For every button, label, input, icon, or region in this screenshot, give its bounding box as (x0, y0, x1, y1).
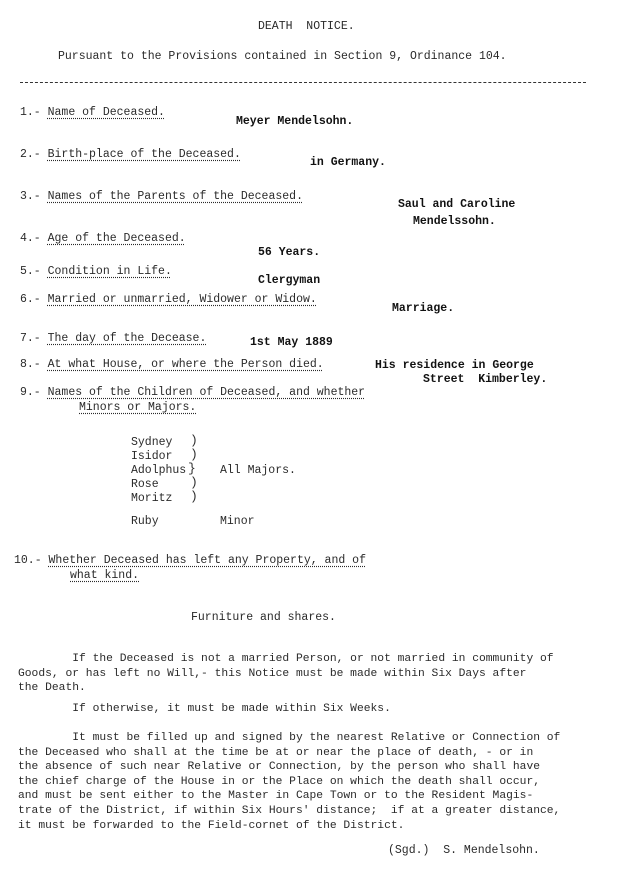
question-number: 10.- (14, 554, 42, 567)
child-name: Isidor (131, 450, 172, 464)
instruction-paragraph-1: If the Deceased is not a married Person,… (18, 652, 618, 696)
question-number: 7.- (20, 332, 41, 345)
question-number: 1.- (20, 106, 41, 119)
question-label: Whether Deceased has left any Property, … (49, 554, 366, 567)
question-label: Names of the Parents of the Deceased. (48, 190, 303, 203)
question-label: Birth-place of the Deceased. (48, 148, 241, 161)
answer-5: Clergyman (258, 274, 320, 288)
question-10: 10.- Whether Deceased has left any Prope… (14, 554, 366, 568)
question-8: 8.- At what House, or where the Person d… (20, 358, 324, 372)
question-number: 9.- (20, 386, 41, 399)
answer-6: Marriage. (392, 302, 454, 316)
question-label: The day of the Decease. (48, 332, 207, 345)
question-10-label-line2: what kind. (70, 569, 139, 583)
answer-8-line2: Street Kimberley. (423, 373, 547, 387)
minor-child-name: Ruby (131, 515, 159, 529)
signature: (Sgd.) S. Mendelsohn. (388, 844, 540, 858)
instruction-paragraph-2: If otherwise, it must be made within Six… (18, 702, 618, 717)
question-number: 5.- (20, 265, 41, 278)
question-number: 4.- (20, 232, 41, 245)
child-name: Adolphus (131, 464, 186, 478)
answer-3-line1: Saul and Caroline (398, 198, 515, 212)
question-label: At what House, or where the Person died. (48, 358, 324, 371)
answer-7: 1st May 1889 (250, 336, 333, 350)
header-rule (20, 82, 586, 83)
question-label: Married or unmarried, Widower or Widow. (48, 293, 317, 306)
document-title: DEATH NOTICE. (258, 20, 355, 34)
question-9-label-line2: Minors or Majors. (79, 401, 196, 415)
question-4: 4.- Age of the Deceased. (20, 232, 186, 246)
question-2: 2.- Birth-place of the Deceased. (20, 148, 241, 162)
question-1: 1.- Name of Deceased. (20, 106, 165, 120)
majors-status: All Majors. (220, 464, 296, 478)
child-name: Sydney (131, 436, 172, 450)
question-number: 6.- (20, 293, 41, 306)
child-name: Moritz (131, 492, 172, 506)
question-7: 7.- The day of the Decease. (20, 332, 206, 346)
instruction-paragraph-3: It must be filled up and signed by the n… (18, 731, 618, 833)
brace-bottom: ) (190, 490, 198, 504)
question-label: Condition in Life. (48, 265, 172, 278)
answer-2: in Germany. (310, 156, 386, 170)
question-3: 3.- Names of the Parents of the Deceased… (20, 190, 303, 204)
question-number: 3.- (20, 190, 41, 203)
question-5: 5.- Condition in Life. (20, 265, 172, 279)
question-label: Name of Deceased. (48, 106, 165, 119)
question-number: 8.- (20, 358, 41, 371)
answer-4: 56 Years. (258, 246, 320, 260)
property-answer: Furniture and shares. (191, 611, 336, 625)
question-9: 9.- Names of the Children of Deceased, a… (20, 386, 365, 400)
brace-mid: ) (190, 476, 198, 490)
answer-1: Meyer Mendelsohn. (236, 115, 353, 129)
brace-top: ) (190, 434, 198, 448)
document-subtitle: Pursuant to the Provisions contained in … (58, 50, 507, 64)
question-number: 2.- (20, 148, 41, 161)
child-name: Rose (131, 478, 159, 492)
answer-8-line1: His residence in George (375, 359, 534, 373)
answer-3-line2: Mendelssohn. (413, 215, 496, 229)
minor-status: Minor (220, 515, 255, 529)
brace-center: } (188, 462, 196, 476)
question-6: 6.- Married or unmarried, Widower or Wid… (20, 293, 317, 307)
question-label: Age of the Deceased. (48, 232, 186, 245)
brace-mid: ) (190, 448, 198, 462)
question-label: Names of the Children of Deceased, and w… (48, 386, 365, 399)
